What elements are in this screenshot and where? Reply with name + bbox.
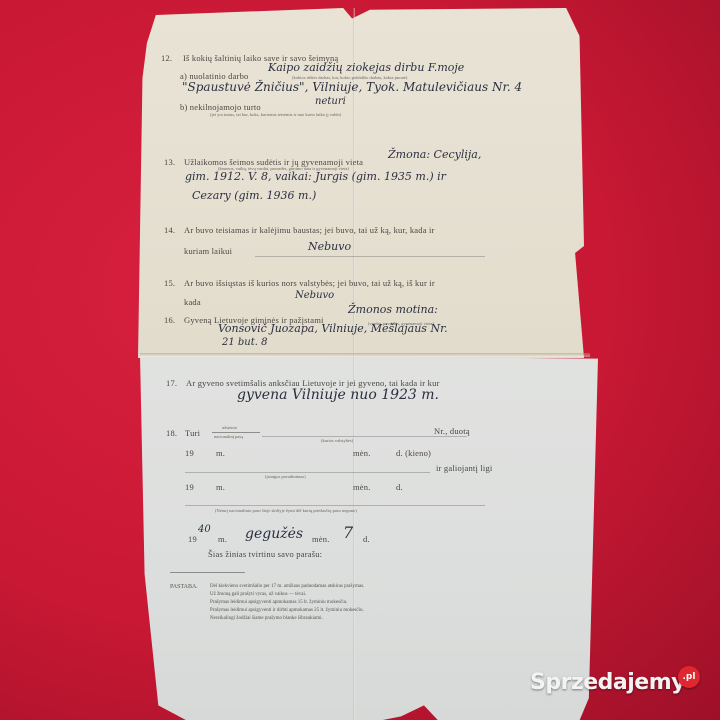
q16-answer-line3: 21 but. 8 bbox=[222, 337, 267, 348]
q12a-answer-line2: "Spaustuvė Žničius", Vilniuje, Tyok. Mat… bbox=[182, 80, 522, 94]
q15-number: 15. bbox=[164, 278, 175, 288]
q12b-caption: (jei yra turtas, tai kur, koks, kuriomis… bbox=[210, 112, 341, 117]
q18-row1-men: mėn. bbox=[353, 448, 371, 458]
signature-year-hand: 40 bbox=[198, 524, 211, 535]
q14-question-cont: kuriam laikui bbox=[184, 246, 232, 256]
q13-answer-line3: Cezary (gim. 1936 m.) bbox=[192, 189, 316, 202]
signature-men: mėn. bbox=[312, 534, 330, 544]
signature-d: d. bbox=[363, 534, 370, 544]
q14-number: 14. bbox=[164, 225, 175, 235]
q12b-label: b) nekilnojamojo turto bbox=[180, 102, 261, 112]
q18-row1-year: 19 bbox=[185, 448, 194, 458]
q18-institution-line bbox=[185, 472, 430, 473]
q18-institution-caption: (įstaigos pavadinimas) bbox=[265, 474, 306, 479]
q17-answer: gyvena Vilniuje nuo 1923 m. bbox=[237, 387, 439, 403]
signature-month-hand: gegužės bbox=[245, 526, 303, 542]
pastaba-line-3: Prašymas leidimui apsigyventi apmokamas … bbox=[210, 600, 347, 605]
q18-row2-d: d. bbox=[396, 482, 403, 492]
q18-row1-d: d. (kieno) bbox=[396, 448, 431, 458]
q18-state-line bbox=[262, 436, 467, 437]
vertical-fold-crease bbox=[353, 8, 355, 720]
q15-question-cont: kada bbox=[184, 297, 201, 307]
signature-confirm: Šias žinias tvirtinu savo parašu: bbox=[208, 549, 322, 559]
q14-answer: Nebuvo bbox=[308, 240, 351, 253]
q18-valid-label: ir galiojantį ligi bbox=[436, 463, 492, 473]
pastaba-line-2: Už žmoną gali prašyti vyras, už vaikus —… bbox=[210, 592, 306, 597]
sprzedajemy-watermark: Sprzedajemy bbox=[530, 670, 685, 695]
q13-answer-line1: Žmona: Cecylija, bbox=[388, 148, 481, 161]
pastaba-line-5: Nereikalingi žodžiai šiame prašymo blank… bbox=[210, 616, 323, 621]
q18-fraction-bar bbox=[212, 432, 260, 433]
q14-answer-line bbox=[255, 256, 485, 257]
pastaba-line-1: Dėl kiekvieno svetimšalio per 17 m. amži… bbox=[210, 584, 364, 589]
q18-row1-m: m. bbox=[216, 448, 225, 458]
q18-row2-m: m. bbox=[216, 482, 225, 492]
horizontal-fold-crease bbox=[140, 353, 590, 357]
signature-m: m. bbox=[218, 534, 227, 544]
pastaba-label: PASTABA. bbox=[170, 584, 198, 590]
q14-question: Ar buvo teisiamas ir kalėjimu baustas; j… bbox=[184, 225, 435, 235]
q18-note-line bbox=[185, 505, 485, 506]
q17-number: 17. bbox=[166, 378, 177, 388]
q12a-answer-line1: Kaipo zaidžių ziokejas dirbu F.moje bbox=[268, 61, 464, 74]
signature-day-hand: 7 bbox=[343, 523, 353, 542]
q18-nr-label: Nr., duotą bbox=[434, 426, 470, 436]
q16-number: 16. bbox=[164, 315, 175, 325]
q13-answer-line2: gim. 1912. V. 8, vaikai: Jurgis (gim. 19… bbox=[185, 170, 446, 183]
q18-note-caption: (Neturį nacionalinio paso šioje skiltyje… bbox=[215, 508, 357, 513]
q12b-answer: neturi bbox=[315, 96, 346, 107]
q18-row2-year: 19 bbox=[185, 482, 194, 492]
q13-number: 13. bbox=[164, 157, 175, 167]
signature-year-prefix: 19 bbox=[188, 534, 197, 544]
q18-fraction-top: užsienio bbox=[222, 425, 237, 430]
q18-state-caption: (kurios valstybės) bbox=[321, 438, 353, 443]
q18-number: 18. bbox=[166, 428, 177, 438]
pastaba-line-4: Prašymas leidimui apsigyventi ir dirbti … bbox=[210, 608, 364, 613]
q16-answer-line2: Vonsovič Juozapa, Vilniuje, Mėšlajaus Nr… bbox=[218, 322, 448, 335]
q18-row2-men: mėn. bbox=[353, 482, 371, 492]
q15-answer: Nebuvo bbox=[295, 290, 334, 301]
q18-fraction-bottom: nacionalinį pasą bbox=[214, 434, 243, 439]
sprzedajemy-pl-badge: .pl bbox=[678, 666, 700, 688]
q15-question: Ar buvo išsiųstas iš kurios nors valstyb… bbox=[184, 278, 435, 288]
q12-number: 12. bbox=[161, 53, 172, 63]
q18-turi-label: Turi bbox=[185, 428, 200, 438]
q16-answer-line1: Žmonos motina: bbox=[348, 303, 438, 316]
pastaba-divider bbox=[170, 572, 245, 573]
